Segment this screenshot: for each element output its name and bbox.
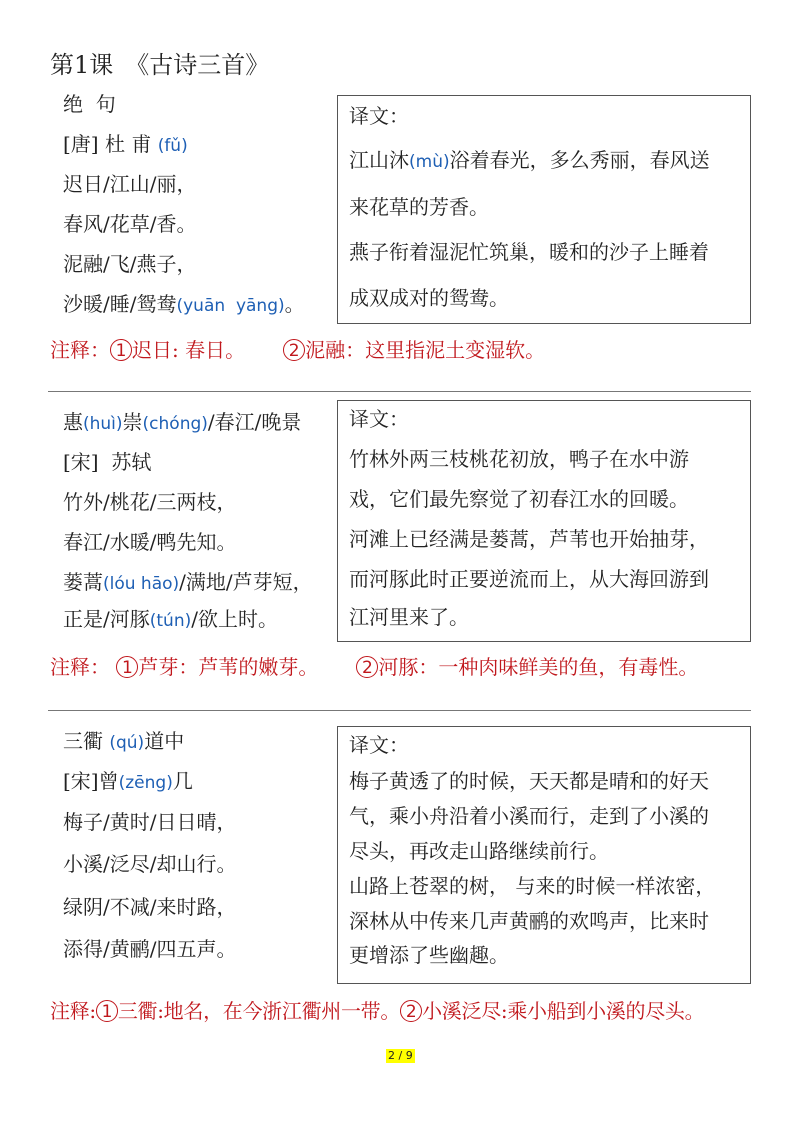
note-text: 河豚：一种肉味鲜美的鱼，有毒性。 [378,655,698,679]
text: 三衢 [63,729,109,753]
pinyin: (fǔ) [158,136,188,156]
text: 江山沐 [349,148,409,172]
notes: 注释:1三衢:地名，在今浙江衢州一带。2小溪泛尽:乘小船到小溪的尽头。 [50,996,704,1026]
poem-line: 泥融/飞/燕子， [63,250,196,278]
translation-line: 来花草的芳香。 [349,193,489,221]
notes-label: 注释: [50,999,96,1023]
poem-title: 惠(huì)崇(chóng)/春江/晚景 [63,408,301,438]
translation-line: 而河豚此时正要逆流而上，从大海回游到 [349,565,709,593]
translation-box: 译文： 梅子黄透了的时候，天天都是晴和的好天 气，乘小舟沿着小溪而行，走到了小溪… [337,726,751,984]
author-name: [宋]曾 [63,769,119,793]
note-text: 小溪泛尽:乘小船到小溪的尽头。 [422,999,704,1023]
poem-author: [宋] 苏轼 [63,448,151,476]
line-text: 蒌蒿 [63,570,103,594]
translation-line: 成双成对的鸳鸯。 [349,284,509,312]
author-name: [唐] 杜 甫 [63,132,151,156]
translation-label: 译文： [349,102,409,130]
circled-number-icon: 1 [96,1000,118,1022]
text: /春江/晚景 [208,410,301,434]
line-text: 竹外/桃花/三两枝， [63,490,236,514]
poem-line: 正是/河豚(tún)/欲上时。 [63,605,278,635]
translation-line: 尽头，再改走山路继续前行。 [349,837,609,865]
translation-line: 山路上苍翠的树， 与来的时候一样浓密， [349,872,715,900]
line-text: 梅子/黄时/日日晴， [63,810,236,834]
pinyin: (yuān yāng) [176,296,284,316]
translation-line: 戏，它们最先察觉了初春江水的回暖。 [349,485,689,513]
poem-line: 春风/花草/香。 [63,210,196,238]
poem-title-text: 绝 句 [63,92,116,116]
circled-number-icon: 2 [283,339,305,361]
poem-line: 添得/黄鹂/四五声。 [63,935,236,963]
translation-line: 竹林外两三枝桃花初放，鸭子在水中游 [349,445,689,473]
translation-line: 江山沐(mù)浴着春光，多么秀丽，春风送 [349,146,710,176]
page-number: 2 / 9 [386,1049,415,1063]
line-text: 沙暖/睡/鸳鸯 [63,292,176,316]
translation-line: 更增添了些幽趣。 [349,941,509,969]
translation-line: 江河里来了。 [349,603,469,631]
text: 燕子衔着湿泥忙筑巢，暖和的沙子上睡着 [349,240,709,264]
translation-box: 译文： 竹林外两三枝桃花初放，鸭子在水中游 戏，它们最先察觉了初春江水的回暖。 … [337,400,751,642]
text: 来花草的芳香。 [349,195,489,219]
line-text: /满地/芦芽短， [179,570,312,594]
poem-line: 绿阴/不减/来时路， [63,893,236,921]
circled-number-icon: 2 [356,656,378,678]
note-text: 泥融：这里指泥土变湿软。 [305,338,545,362]
poem-line: 蒌蒿(lóu hāo)/满地/芦芽短， [63,568,313,598]
notes: 注释：1迟日: 春日。2泥融：这里指泥土变湿软。 [50,335,545,365]
pinyin: (mù) [409,152,450,172]
poem-author: [唐] 杜 甫 (fǔ) [63,130,188,160]
line-text: 。 [285,292,305,316]
translation-line: 梅子黄透了的时候，天天都是晴和的好天 [349,767,709,795]
text: 崇 [123,410,143,434]
line-text: 小溪/泛尽/却山行。 [63,852,236,876]
notes: 注释： 1芦芽：芦苇的嫩芽。2河豚：一种肉味鲜美的鱼，有毒性。 [50,652,698,682]
line-text: 迟日/江山/丽， [63,172,196,196]
translation-line: 燕子衔着湿泥忙筑巢，暖和的沙子上睡着 [349,238,709,266]
pinyin: (chóng) [143,414,208,434]
line-text: 添得/黄鹂/四五声。 [63,937,236,961]
poem-title: 绝 句 [63,90,116,118]
translation-label: 译文： [349,731,409,759]
line-text: 春风/花草/香。 [63,212,196,236]
text: 惠 [63,410,83,434]
poem-line: 梅子/黄时/日日晴， [63,808,236,836]
poem-line: 春江/水暖/鸭先知。 [63,528,236,556]
translation-label: 译文： [349,405,409,433]
translation-line: 深林从中传来几声黄鹂的欢鸣声，比来时 [349,907,709,935]
pinyin: (huì) [83,414,123,434]
text: 道中 [144,729,184,753]
pinyin: (lóu hāo) [103,574,179,594]
poem-line: 沙暖/睡/鸳鸯(yuān yāng)。 [63,290,305,320]
poem-line: 迟日/江山/丽， [63,170,196,198]
poem-line: 竹外/桃花/三两枝， [63,488,236,516]
circled-number-icon: 2 [400,1000,422,1022]
text: 浴着春光，多么秀丽，春风送 [450,148,710,172]
pinyin: (zēng) [119,773,173,793]
text: 成双成对的鸳鸯。 [349,286,509,310]
pinyin: (tún) [150,611,191,631]
circled-number-icon: 1 [110,339,132,361]
poem-title: 三衢 (qú)道中 [63,727,184,757]
poem-author: [宋]曾(zēng)几 [63,767,193,797]
author-name: 几 [173,769,193,793]
note-text: 迟日: 春日。 [132,338,245,362]
notes-label: 注释： [50,655,110,679]
translation-box: 译文： 江山沐(mù)浴着春光，多么秀丽，春风送 来花草的芳香。 燕子衔着湿泥忙… [337,95,751,324]
line-text: 正是/河豚 [63,607,150,631]
note-text: 芦芽：芦苇的嫩芽。 [138,655,318,679]
section-divider [48,391,751,392]
notes-label: 注释： [50,338,110,362]
line-text: 绿阴/不减/来时路， [63,895,236,919]
translation-line: 河滩上已经满是蒌蒿，芦苇也开始抽芽， [349,525,709,553]
line-text: 春江/水暖/鸭先知。 [63,530,236,554]
circled-number-icon: 1 [116,656,138,678]
note-text: 三衢:地名，在今浙江衢州一带。 [118,999,400,1023]
poem-line: 小溪/泛尽/却山行。 [63,850,236,878]
pinyin: (qú) [109,733,144,753]
line-text: 泥融/飞/燕子， [63,252,196,276]
translation-line: 气，乘小舟沿着小溪而行，走到了小溪的 [349,802,709,830]
section-divider [48,710,751,711]
lesson-title: 第1课 《古诗三首》 [50,48,269,82]
author-name: [宋] 苏轼 [63,450,151,474]
line-text: /欲上时。 [191,607,278,631]
